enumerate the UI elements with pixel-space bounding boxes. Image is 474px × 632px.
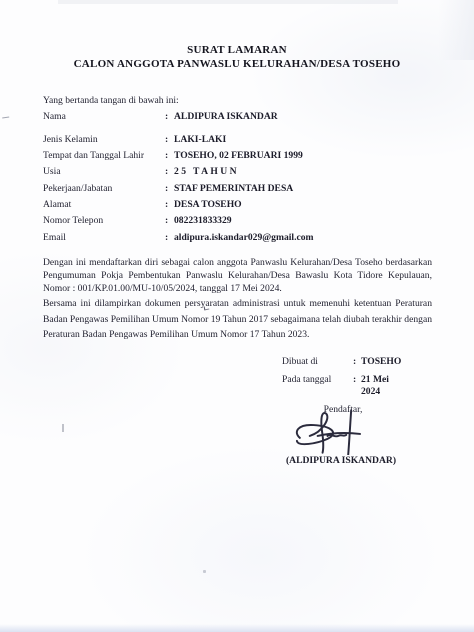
- field-row-email: Email : aldipura.iskandar029@gmail.com: [43, 232, 423, 244]
- field-label: Nomor Telepon: [43, 215, 165, 227]
- field-value: ALDIPURA ISKANDAR: [174, 111, 278, 123]
- date-row: Pada tanggal : 21 Mei 2024: [282, 374, 404, 397]
- scan-artifact-dash: [62, 424, 64, 432]
- scan-artifact-dot: [203, 570, 206, 573]
- field-colon: :: [165, 215, 174, 227]
- made-at-label: Dibuat di: [282, 356, 353, 368]
- made-at-row: Dibuat di : TOSEHO: [282, 356, 404, 368]
- field-label: Alamat: [43, 199, 165, 211]
- field-row-tempat-tanggal-lahir: Tempat dan Tanggal Lahir : TOSEHO, 02 FE…: [43, 150, 423, 162]
- field-value: STAF PEMERINTAH DESA: [174, 183, 293, 195]
- letter-title: SURAT LAMARAN CALON ANGGOTA PANWASLU KEL…: [0, 44, 474, 71]
- scan-artifact-mark: [2, 114, 9, 119]
- date-colon: :: [353, 374, 361, 397]
- title-line-2: CALON ANGGOTA PANWASLU KELURAHAN/DESA TO…: [0, 58, 474, 72]
- field-colon: :: [165, 134, 174, 146]
- field-colon: :: [165, 166, 174, 178]
- applicant-details: Nama : ALDIPURA ISKANDAR Jenis Kelamin :…: [43, 111, 423, 248]
- field-colon: :: [165, 232, 174, 244]
- field-colon: :: [165, 183, 174, 195]
- date-value: 21 Mei 2024: [361, 374, 404, 397]
- signature-scribble: [290, 405, 364, 455]
- field-value: 25 TAHUN: [174, 166, 239, 178]
- scan-bottom-edge-shadow: [0, 624, 474, 632]
- field-value: DESA TOSEHO: [174, 199, 242, 211]
- field-value: 082231833329: [174, 215, 232, 227]
- field-row-usia: Usia : 25 TAHUN: [43, 166, 423, 178]
- field-label: Jenis Kelamin: [43, 134, 165, 146]
- field-row-alamat: Alamat : DESA TOSEHO: [43, 199, 423, 211]
- made-at-value: TOSEHO: [361, 356, 401, 368]
- date-label: Pada tanggal: [282, 374, 353, 397]
- scan-top-edge-shadow: [58, 0, 398, 4]
- field-row-nama: Nama : ALDIPURA ISKANDAR: [43, 111, 423, 123]
- field-row-telepon: Nomor Telepon : 082231833329: [43, 215, 423, 227]
- field-label: Email: [43, 232, 165, 244]
- field-label: Nama: [43, 111, 165, 123]
- title-line-1: SURAT LAMARAN: [0, 44, 474, 58]
- scanned-letter-page: SURAT LAMARAN CALON ANGGOTA PANWASLU KEL…: [0, 0, 474, 632]
- attachment-paragraph: Bersama ini dilampirkan dokumen persyara…: [43, 296, 432, 343]
- field-label: Usia: [43, 166, 165, 178]
- field-value: LAKI-LAKI: [174, 134, 226, 146]
- opening-statement: Yang bertanda tangan di bawah ini:: [43, 95, 179, 106]
- registration-paragraph: Dengan ini mendaftarkan diri sebagai cal…: [43, 256, 432, 295]
- field-colon: :: [165, 150, 174, 162]
- field-row-pekerjaan: Pekerjaan/Jabatan : STAF PEMERINTAH DESA: [43, 183, 423, 195]
- signer-name: (ALDIPURA ISKANDAR): [280, 455, 402, 466]
- field-colon: :: [165, 111, 174, 123]
- field-label: Pekerjaan/Jabatan: [43, 183, 165, 195]
- field-value: aldipura.iskandar029@gmail.com: [174, 232, 314, 244]
- field-label: Tempat dan Tanggal Lahir: [43, 150, 165, 162]
- made-at-colon: :: [353, 356, 361, 368]
- field-row-jenis-kelamin: Jenis Kelamin : LAKI-LAKI: [43, 134, 423, 146]
- field-colon: :: [165, 199, 174, 211]
- field-value: TOSEHO, 02 FEBRUARI 1999: [174, 150, 303, 162]
